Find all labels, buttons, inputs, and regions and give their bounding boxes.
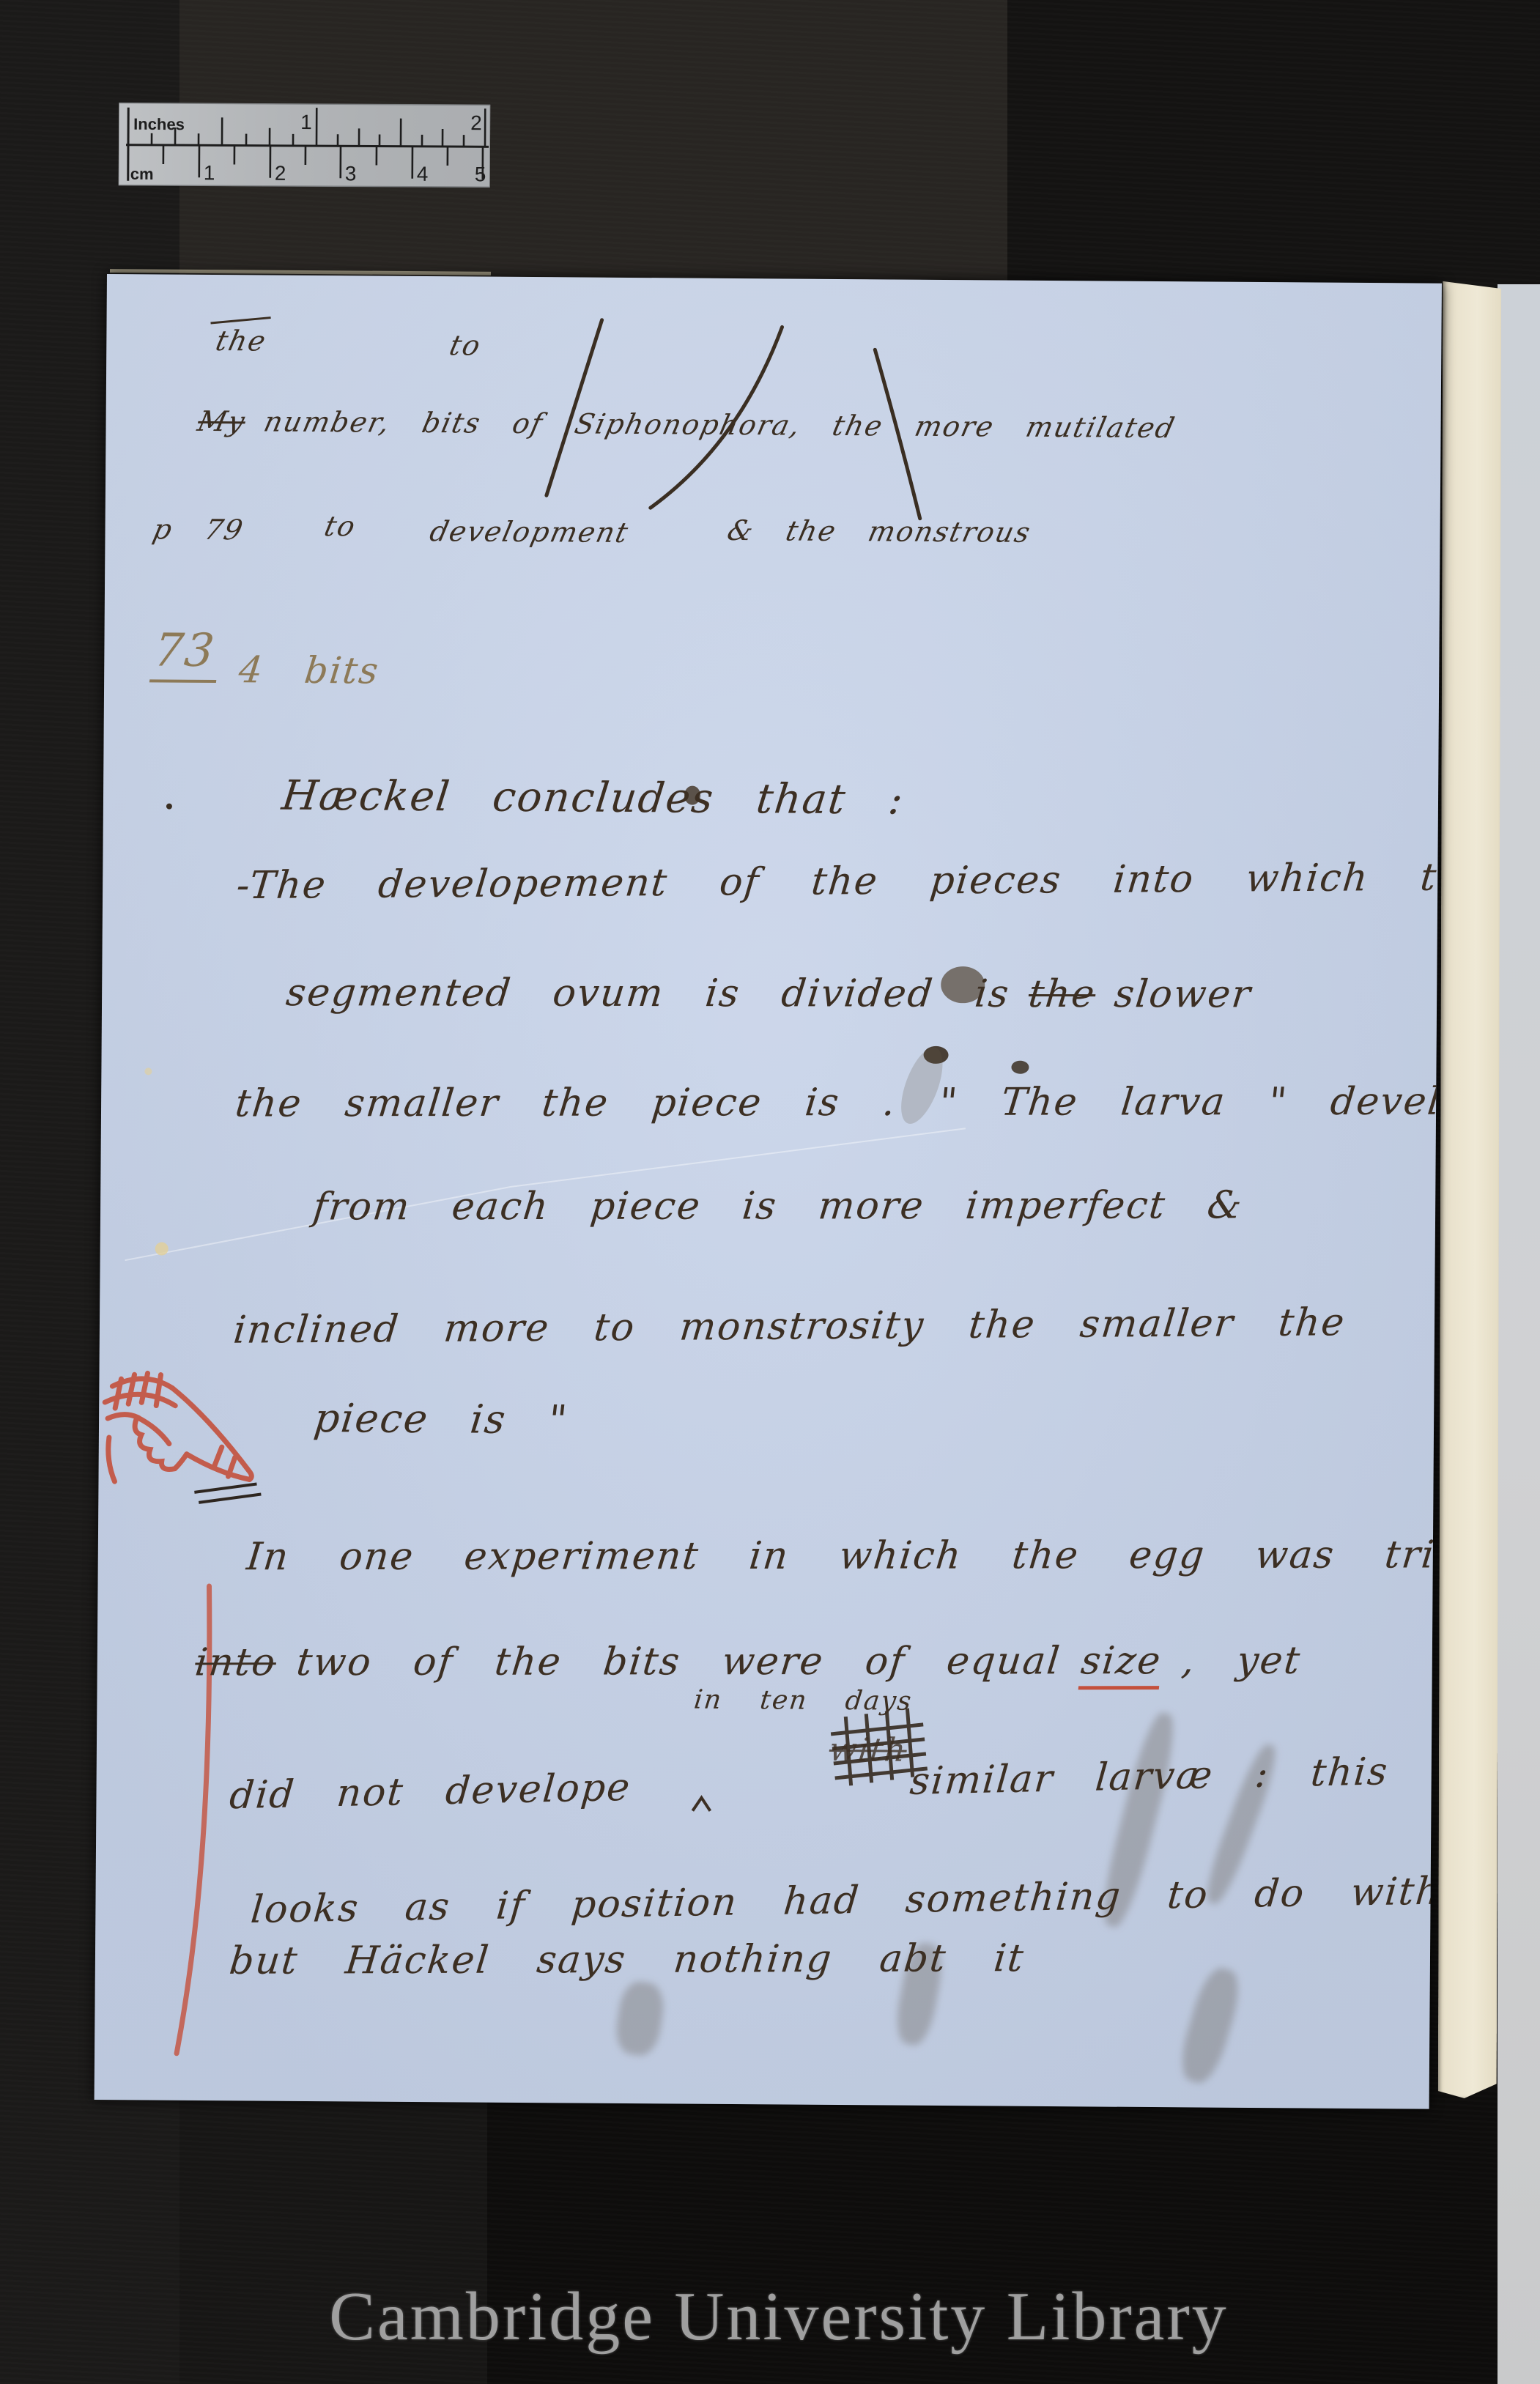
ruler-unit-top-label: Inches: [133, 115, 185, 133]
ms-line-from-each-piece: from each piece is more imperfect &: [311, 1183, 1245, 1229]
ms-header-line-1-text: number, bits of Siphonophora, the more m…: [261, 406, 1179, 445]
ms-line-developement: -The developement of the pieces into whi…: [234, 855, 1442, 908]
ms-struck-into: into: [193, 1640, 278, 1684]
ms-line-haeckel-concludes: Hæckel concludes that :: [279, 772, 906, 824]
ms-size-red-underlined: size: [1078, 1639, 1164, 1689]
ms-line-gap: [652, 1794, 887, 1799]
ms-header-development: development: [427, 515, 632, 549]
ms-interline-in-ten-days: in ten days: [692, 1685, 914, 1717]
underlying-page-edge: [1498, 284, 1540, 2384]
superscript-overline: [211, 317, 271, 324]
ms-line-segmented-ovum: segmented ovum is divided is the slower: [284, 971, 1254, 1016]
cream-page-edge: [1438, 281, 1501, 2098]
ms-line-smaller-piece: the smaller the piece is . " The larva "…: [233, 1080, 1442, 1126]
ms-line-one-experiment: In one experiment in which the egg was t…: [245, 1533, 1442, 1579]
double-underline-mark: [194, 1484, 261, 1503]
ruler-cm-3: 3: [345, 162, 357, 185]
ruler-cm-4: 4: [417, 163, 429, 185]
library-watermark: Cambridge University Library: [293, 2277, 1265, 2356]
ruler-cm-2: 2: [275, 162, 286, 185]
ms-line-inclined-monstrosity: inclined more to monstrosity the smaller…: [232, 1300, 1347, 1352]
ms-header-line-2-rest: & the monstrous: [725, 514, 1034, 549]
manuscript-page: the to My number, bits of Siphonophora, …: [95, 274, 1442, 2109]
photographed-manuscript-scene: Inches cm 1 2 1 2 3 4 5: [0, 0, 1540, 2384]
ms-slower-text: slower: [1112, 972, 1254, 1016]
ruler-cm-1: 1: [204, 161, 215, 184]
ms-line-haeckel-says-nothing: but Häckel says nothing abt it: [227, 1936, 1026, 1983]
ms-superscript-the: the: [213, 325, 270, 357]
ms-did-not-develope-text: did not develope: [228, 1766, 633, 1818]
red-manicule-icon: [104, 1373, 252, 1482]
ruler-unit-bottom-label: cm: [130, 165, 154, 183]
ms-struck-the: the: [1026, 972, 1098, 1016]
ruler-cm-5: 5: [475, 163, 486, 185]
ms-segmented-text: segmented ovum is divided is: [284, 971, 1013, 1016]
ms-line-piece-is: piece is ": [312, 1395, 571, 1443]
ruler-inch-2: 2: [470, 111, 482, 134]
ms-two-bits-text: two of the bits were of equal: [295, 1639, 1063, 1684]
ms-yet-text: , yet: [1180, 1639, 1303, 1683]
ms-line-two-bits: into two of the bits were of equal size …: [193, 1639, 1303, 1692]
ms-header-struck-word: My: [195, 405, 249, 437]
scale-ruler: Inches cm 1 2 1 2 3 4 5: [119, 103, 491, 188]
ms-page-number: 73: [149, 623, 223, 683]
ms-page-ref: p 79: [150, 513, 247, 546]
ruler-inch-1: 1: [300, 111, 312, 133]
ms-header-line-1: My number, bits of Siphonophora, the mor…: [195, 405, 1179, 444]
ms-note-4-bits: 4 bits: [237, 648, 382, 692]
